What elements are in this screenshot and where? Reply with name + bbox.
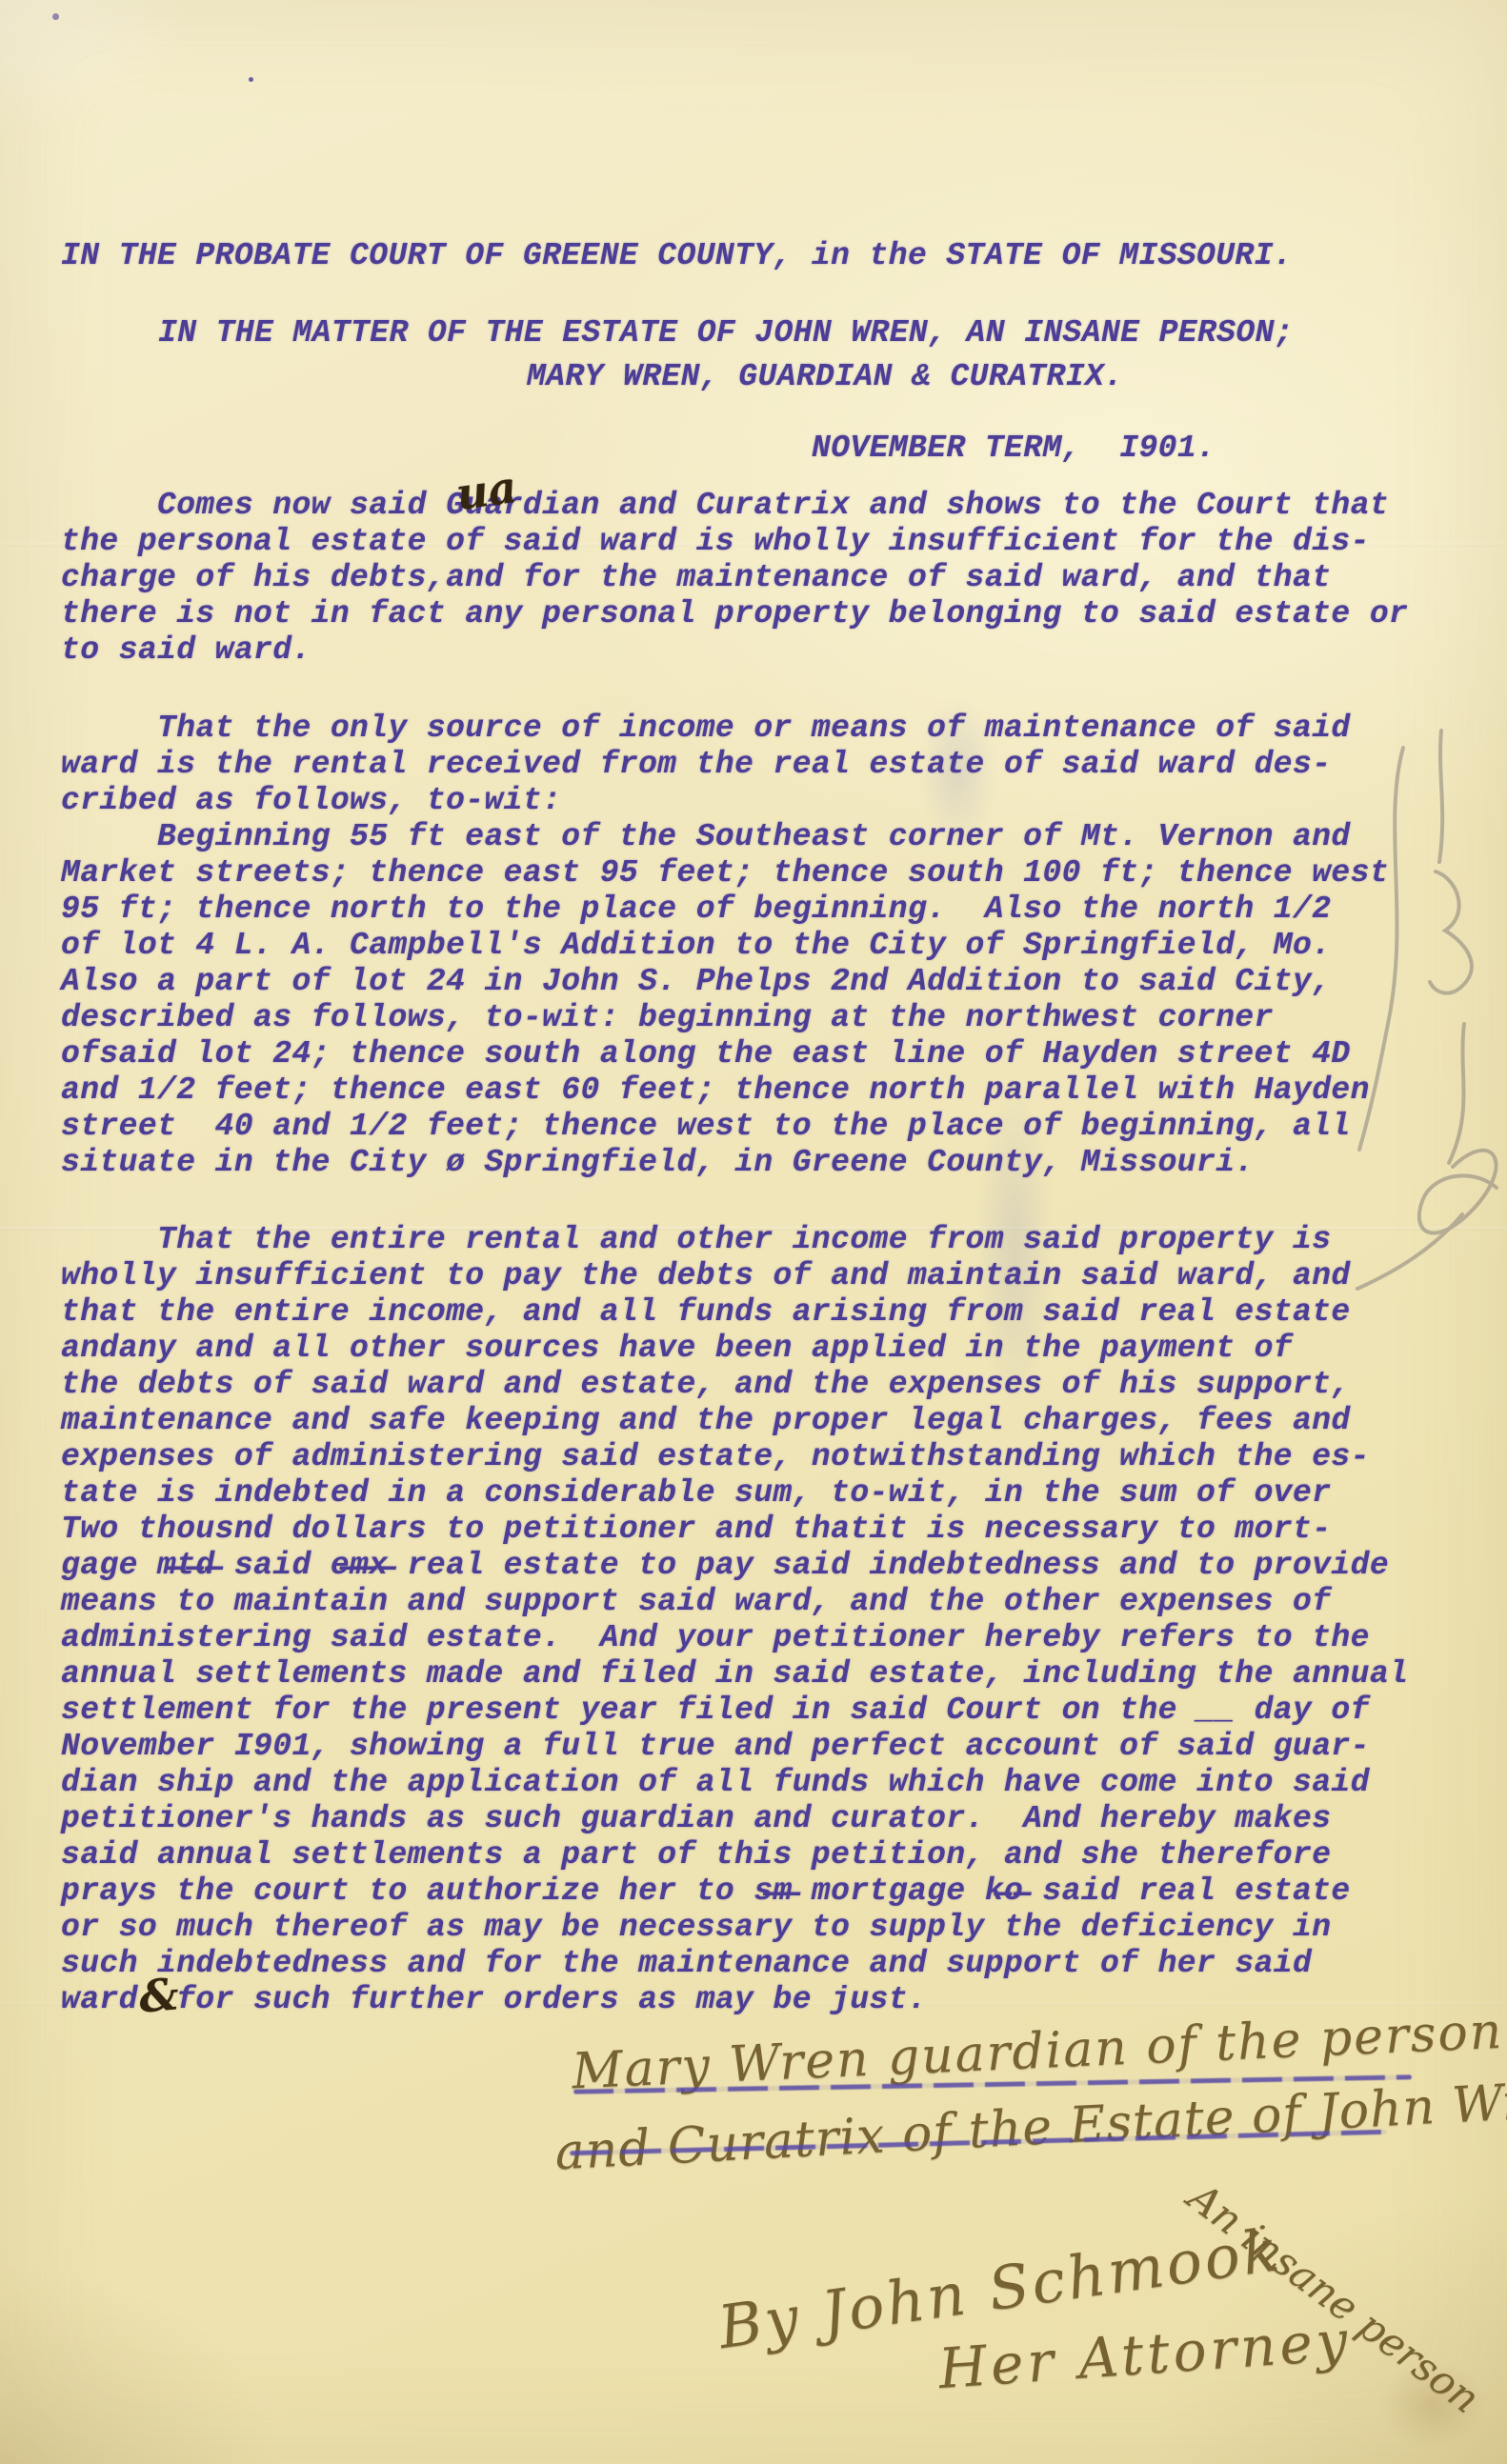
ink-dot [52,13,59,20]
paragraph-source-of-income: That the only source of income or means … [61,711,1351,819]
guardian-handwritten-correction: ua [453,461,520,520]
paragraph-insufficient-estate: Comes now said Guardian and Curatrix and… [61,488,1408,669]
case-caption-line2: MARY WREN, GUARDIAN & CURATRIX. [527,359,1123,395]
case-caption-line1: IN THE MATTER OF THE ESTATE OF JOHN WREN… [158,315,1294,351]
paragraph-legal-description: Beginning 55 ft east of the Southeast co… [61,819,1389,1181]
term-line: NOVEMBER TERM, I901. [812,431,1216,467]
signature-insane-person-note: An insane person [1180,2174,1489,2422]
ampersand-handwritten-correction: & [137,1968,181,2022]
court-header: IN THE PROBATE COURT OF GREENE COUNTY, i… [61,238,1293,274]
paragraph-petition-prayer: That the entire rental and other income … [61,1222,1408,2018]
ink-dot [249,77,253,82]
scanned-court-document-page: IN THE PROBATE COURT OF GREENE COUNTY, i… [0,0,1507,2464]
